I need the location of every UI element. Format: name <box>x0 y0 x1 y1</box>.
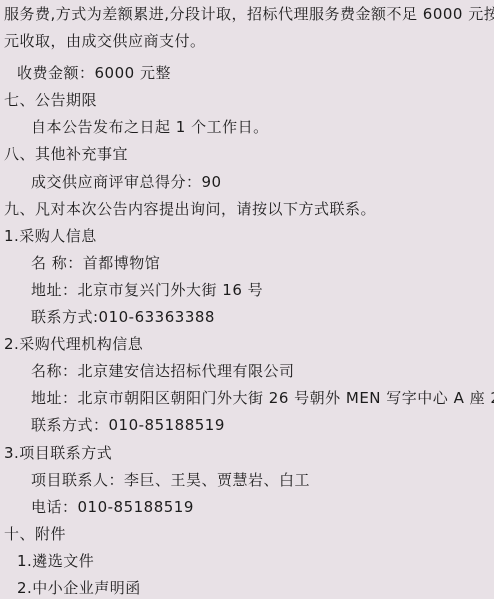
section-8-heading: 八、其他补充事宜 <box>0 141 494 168</box>
purchaser-address-line: 地址：北京市复兴门外大街 16 号 <box>0 277 494 304</box>
fee-amount-line: 收费金额：6000 元整 <box>0 60 494 87</box>
project-phone-line: 电话：010-85188519 <box>0 494 494 521</box>
purchaser-name-line: 名 称：首都博物馆 <box>0 250 494 277</box>
fee-paragraph-line-1: 服务费,方式为差额累进,分段计取，招标代理服务费金额不足 6000 元按 600… <box>0 1 494 28</box>
purchaser-phone-line: 联系方式:010-63363388 <box>0 304 494 331</box>
agency-name-line: 名称：北京建安信达招标代理有限公司 <box>0 358 494 385</box>
document-body: 服务费,方式为差额累进,分段计取，招标代理服务费金额不足 6000 元按 600… <box>0 1 494 599</box>
agency-phone-line: 联系方式：010-85188519 <box>0 412 494 439</box>
announcement-period-body: 自本公告发布之日起 1 个工作日。 <box>0 114 494 141</box>
project-contacts-line: 项目联系人：李巨、王昊、贾慧岩、白工 <box>0 467 494 494</box>
section-7-heading: 七、公告期限 <box>0 87 494 114</box>
section-10-heading: 十、附件 <box>0 521 494 548</box>
purchaser-info-heading: 1.采购人信息 <box>0 223 494 250</box>
section-9-heading: 九、凡对本次公告内容提出询问，请按以下方式联系。 <box>0 196 494 223</box>
review-score-line: 成交供应商评审总得分：90 <box>0 169 494 196</box>
agency-address-line: 地址：北京市朝阳区朝阳门外大街 26 号朝外 MEN 写字中心 A 座 2101… <box>0 385 494 412</box>
fee-paragraph-line-2: 元收取，由成交供应商支付。 <box>0 28 494 55</box>
announcement-document: 服务费,方式为差额累进,分段计取，招标代理服务费金额不足 6000 元按 600… <box>0 0 494 599</box>
project-contact-heading: 3.项目联系方式 <box>0 440 494 467</box>
attachment-sme-declaration[interactable]: 2.中小企业声明函 <box>0 575 494 599</box>
agency-info-heading: 2.采购代理机构信息 <box>0 331 494 358</box>
attachment-selection-file[interactable]: 1.遴选文件 <box>0 548 494 575</box>
